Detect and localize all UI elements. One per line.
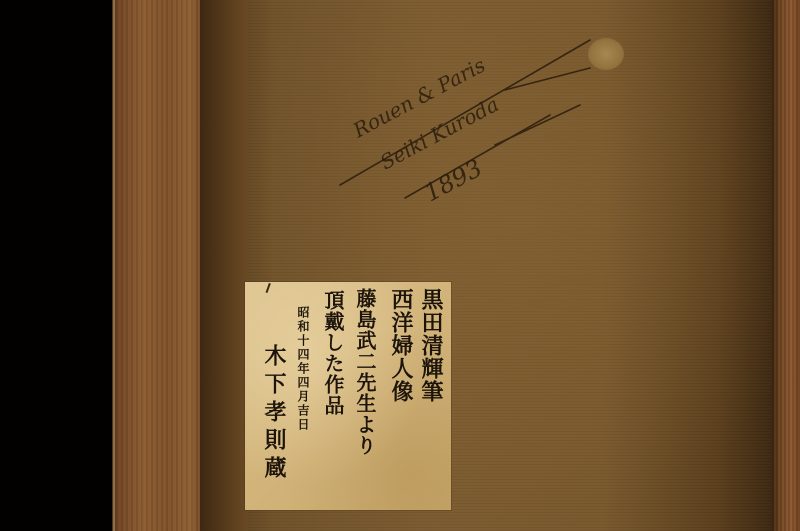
label-column-1: 黒田清輝筆 xyxy=(420,288,442,403)
inner-shadow xyxy=(200,0,248,531)
dark-background xyxy=(0,0,115,531)
inscription-graphic: Rouen & Paris Seiki Kuroda 1893 xyxy=(330,20,650,220)
label-column-4: 頂戴した作品 xyxy=(323,290,343,416)
painting-back-photo: Rouen & Paris Seiki Kuroda 1893 黒田清輝筆 西洋… xyxy=(0,0,800,531)
pencil-inscription: Rouen & Paris Seiki Kuroda 1893 xyxy=(330,20,650,220)
inscription-year: 1893 xyxy=(420,154,487,207)
label-column-2: 西洋婦人像 xyxy=(390,288,412,403)
label-date: 昭和十四年四月吉日 xyxy=(297,306,309,432)
left-stretcher-bar xyxy=(116,0,204,531)
paper-label: 黒田清輝筆 西洋婦人像 藤島武二先生より 頂戴した作品 昭和十四年四月吉日 木下… xyxy=(245,282,451,510)
right-stretcher-bar xyxy=(772,0,800,531)
ink-mark xyxy=(266,283,277,295)
label-owner: 木下孝則蔵 xyxy=(263,344,285,484)
label-column-3: 藤島武二先生より xyxy=(355,288,375,456)
